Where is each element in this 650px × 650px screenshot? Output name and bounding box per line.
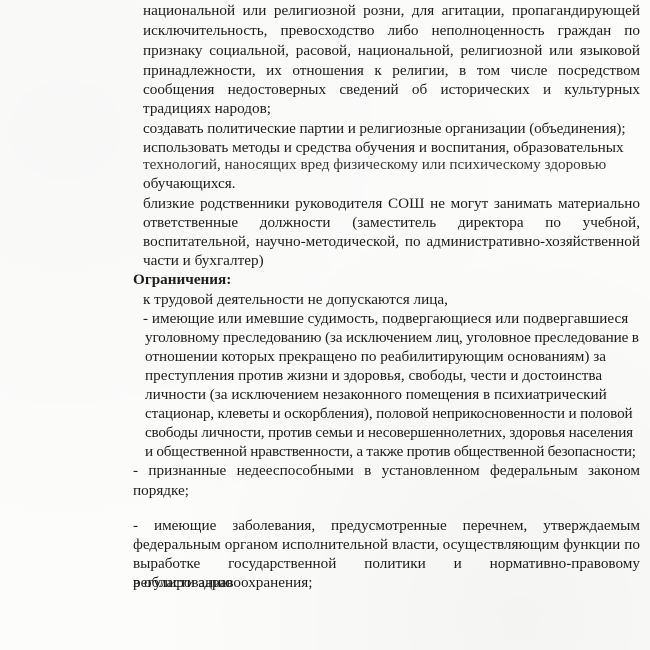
text-line: признаку социальной, расовой, национальн… (143, 41, 640, 60)
text-line: уголовному преследованию (за исключением… (145, 328, 639, 347)
text-line: технологий, наносящих вред физическому и… (143, 155, 606, 174)
text-line: личности (за исключением незаконного пом… (145, 385, 607, 404)
text-line: порядке; (133, 481, 189, 500)
restrictions-intro: к трудовой деятельности не допускаются л… (143, 290, 448, 309)
text-line: отношении которых прекращено по реабилит… (145, 347, 606, 366)
text-line: близкие родственники руководителя СОШ не… (143, 194, 640, 213)
text-line: сообщения недостоверных сведений об исто… (143, 80, 640, 99)
item-political-parties: создавать политические партии и религиоз… (143, 119, 625, 138)
text-line: воспитательной, научно-методической, по … (143, 232, 640, 251)
text-line: стационар, клеветы и оскорбления), полов… (145, 404, 633, 423)
text-line: свободы личности, против семьи и несовер… (145, 423, 633, 442)
text-line: - имеющие или имевшие судимость, подверг… (143, 309, 628, 328)
text-line: принадлежности, их отношения к религии, … (143, 61, 640, 80)
text-line: ответственные должности (заместитель дир… (143, 213, 640, 232)
text-line: в области здравоохранения; (133, 573, 312, 592)
text-line: преступления против жизни и здоровья, св… (145, 366, 602, 385)
text-line: исключительность, превосходство либо неп… (143, 21, 640, 40)
scanned-document-page: национальной или религиозной розни, для … (0, 0, 650, 650)
text-line: части и бухгалтер) (143, 251, 264, 270)
text-line: федеральным органом исполнительной власт… (133, 535, 640, 554)
restrictions-heading: Ограничения: (133, 270, 231, 289)
text-line: - признанные недееспособными в установле… (133, 461, 640, 480)
text-line: и общественной нравственности, а также п… (145, 442, 636, 461)
text-line: национальной или религиозной розни, для … (143, 1, 640, 20)
text-line: обучающихся. (143, 174, 236, 193)
text-line: - имеющие заболевания, предусмотренные п… (133, 516, 640, 535)
text-line: традициях народов; (143, 99, 271, 118)
